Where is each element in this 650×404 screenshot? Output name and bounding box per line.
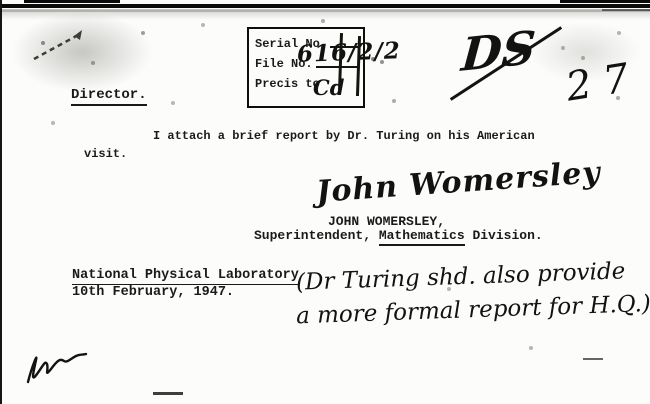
salutation-director: Director. <box>71 87 147 106</box>
scan-edge-shadow <box>0 9 650 12</box>
scan-edge-line <box>0 0 2 404</box>
handwritten-precis-to: Cd <box>313 77 344 98</box>
scanned-memo-page: Serial No. File No. Precis to 616/2/2 Cd… <box>0 0 650 404</box>
handwritten-note-line-2: a more formal report for H.Q.). <box>296 293 650 329</box>
title-underlined-word: Mathematics <box>379 228 465 246</box>
organisation-name: National Physical Laboratory <box>72 268 299 285</box>
pencil-arrow-mark <box>30 26 92 64</box>
scan-speck-dash <box>583 358 603 360</box>
scan-speck-dash <box>153 392 183 395</box>
handwritten-page-number: 27 <box>563 56 643 107</box>
handwritten-note-line-1: (Dr Turing shd. also provide <box>296 260 626 294</box>
signatory-title: Superintendent, Mathematics Division. <box>254 228 543 243</box>
scan-edge-fragment <box>602 9 650 11</box>
scan-edge-fragment <box>24 0 120 3</box>
scan-edge-line <box>0 4 650 8</box>
handwritten-file-number: 616/2/2 <box>297 39 402 66</box>
scan-noise-speckles <box>0 0 2 2</box>
stamp-precis-label: Precis to <box>255 77 320 91</box>
handwritten-initials-scribble <box>20 346 92 388</box>
memo-date: 10th February, 1947. <box>72 285 234 300</box>
memo-body-line-2: visit. <box>84 147 127 161</box>
title-suffix: Division. <box>465 228 543 243</box>
memo-body-line-1: I attach a brief report by Dr. Turing on… <box>153 129 535 143</box>
title-prefix: Superintendent, <box>254 228 379 243</box>
handwritten-signature: John Womersley <box>315 158 601 208</box>
scan-edge-fragment <box>560 0 650 3</box>
signatory-typed-name: JOHN WOMERSLEY, <box>328 214 445 229</box>
